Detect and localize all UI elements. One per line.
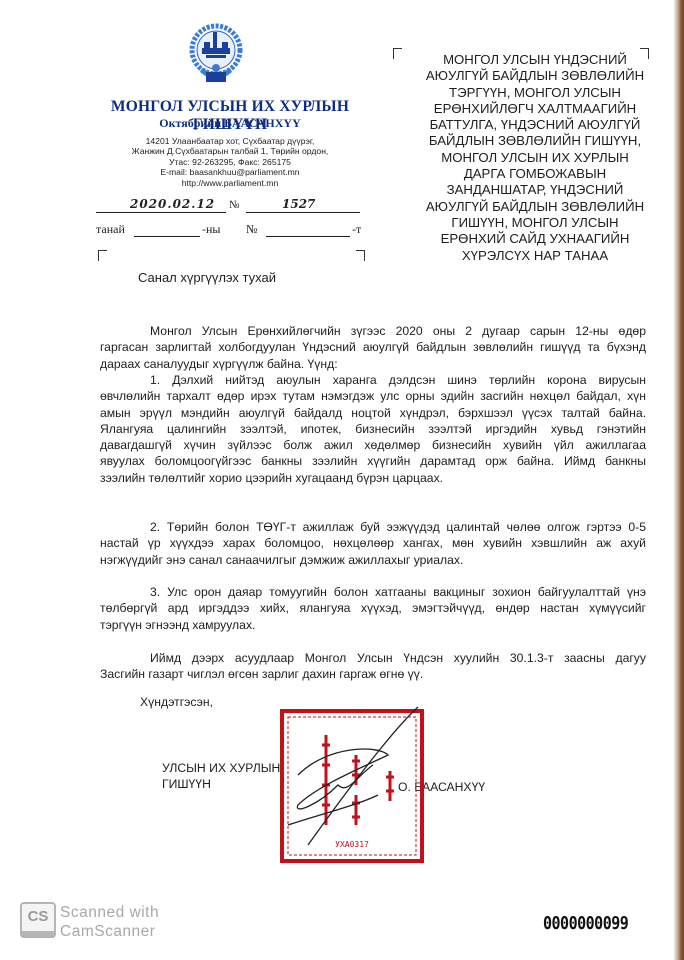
addressee-line: БАТТУЛГА, ҮНДЭСНИЙ АЮУЛГҮЙ xyxy=(400,117,670,133)
sender-address: 14201 Улаанбаатар хот, Сүхбаатар дүүрэг,… xyxy=(80,136,380,188)
camscanner-logo-icon: CS xyxy=(20,902,56,938)
address-phone: Утас: 92-263295, Факс: 265175 xyxy=(80,157,380,167)
addressee-line: ЕРӨНХИЙЛӨГЧ ХАЛТМААГИЙН xyxy=(400,101,670,117)
addressee-block: МОНГОЛ УЛСЫН ҮНДЭСНИЙ АЮУЛГҮЙ БАЙДЛЫН ЗӨ… xyxy=(400,52,670,264)
addressee-line: ХҮРЭЛСҮХ НАР ТАНАА xyxy=(400,248,670,264)
sender-name: Октябрийн БААСАНХҮҮ xyxy=(80,116,380,131)
corner-mark xyxy=(98,250,107,261)
reply-number-sign: № xyxy=(246,222,257,237)
reply-suffix: -т xyxy=(352,222,361,237)
document-reference: 2020.02.12 № 1527 xyxy=(96,196,362,216)
address-line: Жанжин Д.Сүхбаатарын талбай 1, Төрийн ор… xyxy=(80,146,380,156)
addressee-line: ЗАНДАНШАТАР, ҮНДЭСНИЙ xyxy=(400,182,670,198)
reply-reference: танай -ны № -т xyxy=(96,222,362,242)
serial-number: 0000000099 xyxy=(543,912,628,934)
address-line: 14201 Улаанбаатар хот, Сүхбаатар дүүрэг, xyxy=(80,136,380,146)
reply-prefix: танай xyxy=(96,222,125,237)
addressee-line: БАЙДЛЫН ЗӨВЛӨЛИЙН ГИШҮҮН, xyxy=(400,133,670,149)
signer-title: УЛСЫН ИХ ХУРЛЫН ГИШҮҮН xyxy=(162,760,280,793)
letter-subject: Санал хүргүүлэх тухай xyxy=(138,270,276,285)
addressee-line: ДАРГА ГОМБОЖАВЫН xyxy=(400,166,670,182)
closing-greeting: Хүндэтгэсэн, xyxy=(140,695,213,709)
reply-mid: -ны xyxy=(202,222,220,237)
addressee-line: АЮУЛГҮЙ БАЙДЛЫН ЗӨВЛӨЛИЙН xyxy=(400,68,670,84)
point-2-paragraph: 2. Төрийн болон ТӨҮГ-т ажиллаж буй ээжүү… xyxy=(100,519,646,568)
svg-text:УХА0317: УХА0317 xyxy=(335,840,369,849)
address-website: http://www.parliament.mn xyxy=(80,178,380,188)
corner-mark xyxy=(356,250,365,261)
address-email: E-mail: baasankhuu@parliament.mn xyxy=(80,167,380,177)
addressee-line: МОНГОЛ УЛСЫН ИХ ХУРЛЫН xyxy=(400,150,670,166)
page-edge-shadow xyxy=(674,0,684,960)
point-1-paragraph: 1. Дэлхий нийтэд аюулын харанга дэлдсэн … xyxy=(100,372,646,486)
conclusion-paragraph: Иймд дээрх асуудлаар Монгол Улсын Үндсэн… xyxy=(100,650,646,683)
camscanner-watermark: Scanned with CamScanner xyxy=(60,903,159,941)
addressee-line: ГИШҮҮН, МОНГОЛ УЛСЫН xyxy=(400,215,670,231)
addressee-line: ЕРӨНХИЙ САЙД УХНААГИЙН xyxy=(400,231,670,247)
document-date: 2020.02.12 xyxy=(130,197,215,211)
intro-paragraph: Монгол Улсын Ерөнхийлөгчийн зүгээс 2020 … xyxy=(100,323,646,372)
addressee-line: МОНГОЛ УЛСЫН ҮНДЭСНИЙ xyxy=(400,52,670,68)
document-number: 1527 xyxy=(282,197,315,211)
point-3-paragraph: 3. Улс орон даяар томуугийн болон хатгаа… xyxy=(100,584,646,633)
addressee-line: ТЭРГҮҮН, МОНГОЛ УЛСЫН xyxy=(400,85,670,101)
number-sign: № xyxy=(229,199,240,211)
addressee-line: АЮУЛГҮЙ БАЙДЛЫН ЗӨВЛӨЛИЙН xyxy=(400,199,670,215)
state-emblem-icon xyxy=(186,22,246,92)
official-seal-icon: УХА0317 xyxy=(278,705,428,865)
